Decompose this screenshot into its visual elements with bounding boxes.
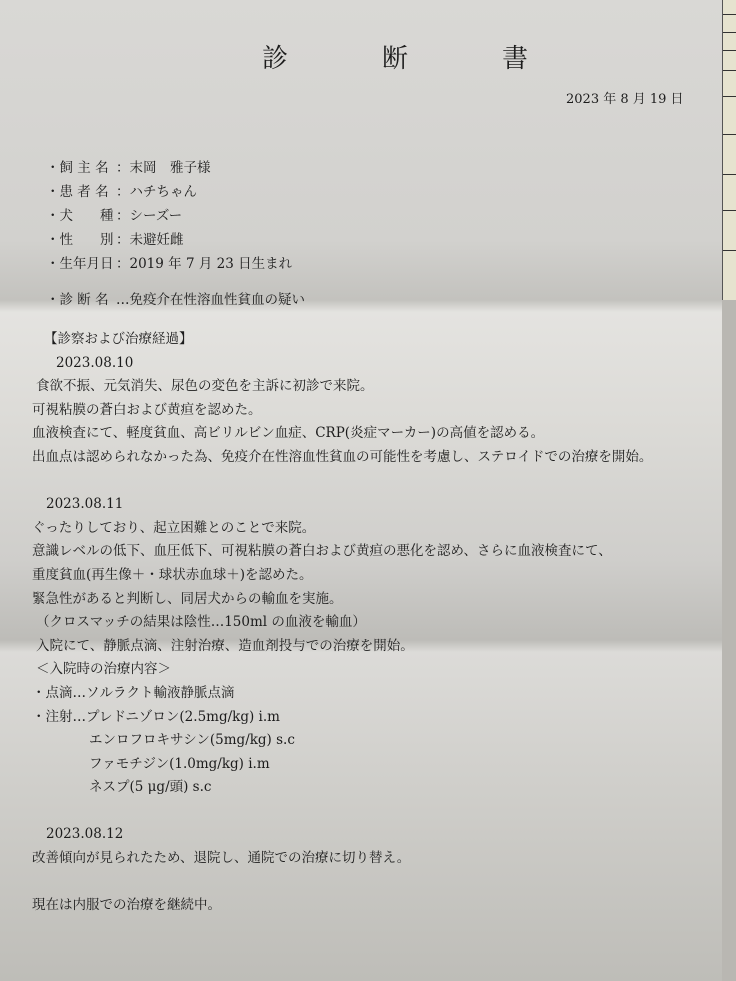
form-rule [723,210,736,211]
info-row-breed: ・犬 種：シーズー [46,204,292,228]
diagnosis-value: …免疫介在性溶血性貧血の疑い [116,292,305,308]
spacer [32,800,652,824]
entry-line: 出血点は認められなかった為、免疫介在性溶血性貧血の可能性を考慮し、ステロイドでの… [32,446,652,470]
closing-line: 現在は内服での治療を継続中。 [32,894,652,918]
info-row-owner: ・飼 主 名：末岡 雅子様 [46,156,292,180]
entry-line: （クロスマッチの結果は陰性…150ml の血液を輸血） [32,611,652,635]
info-label: ・生年月日 [46,252,116,276]
injection-item: エンロフロキサシン(5mg/kg) s.c [32,729,652,753]
entry-line: 食欲不振、元気消失、尿色の変色を主訴に初診で来院。 [32,375,652,399]
form-rule [723,174,736,175]
info-label: ・飼 主 名 [46,156,116,180]
form-rule [723,50,736,51]
form-rule [723,32,736,33]
drip-line: ・点滴…ソルラクト輸液静脈点滴 [32,682,652,706]
entry-line: 血液検査にて、軽度貧血、高ビリルビン血症、CRP(炎症マーカー)の高値を認める。 [32,422,652,446]
treatment-heading: ＜入院時の治療内容＞ [32,658,652,682]
info-value: ：ハチちゃん [116,184,197,200]
entry-line: 意識レベルの低下、血圧低下、可視粘膜の蒼白および黄疸の悪化を認め、さらに血液検査… [32,540,652,564]
entry-line: 可視粘膜の蒼白および黄疸を認めた。 [32,399,652,423]
form-rule [723,70,736,71]
entry-line: 緊急性があると判断し、同居犬からの輸血を実施。 [32,588,652,612]
issue-date: 2023 年 8 月 19 日 [566,88,684,107]
info-row-sex: ・性 別：未避妊雌 [46,228,292,252]
entry-line: 改善傾向が見られたため、退院し、通院での治療に切り替え。 [32,847,652,871]
diagnosis-label: ・診 断 名 [46,288,116,308]
document-title: 診 断 書 [262,38,562,75]
spacer [32,871,652,895]
injection-item: プレドニゾロン(2.5mg/kg) i.m [86,709,280,725]
info-row-birthdate: ・生年月日：2019 年 7 月 23 日生まれ [46,252,292,276]
info-row-patient: ・患 者 名：ハチちゃん [46,180,292,204]
spacer [32,470,652,494]
entry-date: 2023.08.12 [32,823,652,847]
info-value: ：シーズー [116,208,182,224]
info-label: ・犬 種 [46,204,116,228]
injection-item: ネスプ(5 μg/頭) s.c [32,776,652,800]
injection-label: ・注射… [32,709,86,725]
info-value: ：末岡 雅子様 [116,160,211,176]
clinical-course: 【診察および治療経過】 2023.08.10 食欲不振、元気消失、尿色の変色を主… [32,328,652,918]
form-rule [723,14,736,15]
entry-line: 重度貧血(再生像＋・球状赤血球＋)を認めた。 [32,564,652,588]
form-rule [723,250,736,251]
section-heading: 【診察および治療経過】 [32,328,652,352]
info-label: ・性 別 [46,228,116,252]
info-label: ・患 者 名 [46,180,116,204]
underlying-form-sheet [722,0,736,300]
injection-item: ファモチジン(1.0mg/kg) i.m [32,753,652,777]
form-rule [723,96,736,97]
form-rule [723,134,736,135]
entry-date: 2023.08.10 [32,352,652,376]
info-value: ：未避妊雌 [116,232,184,248]
info-value: ：2019 年 7 月 23 日生まれ [116,256,292,272]
entry-date: 2023.08.11 [32,493,652,517]
injection-line: ・注射…プレドニゾロン(2.5mg/kg) i.m [32,706,652,730]
entry-line: 入院にて、静脈点滴、注射治療、造血剤投与での治療を開始。 [32,635,652,659]
patient-info: ・飼 主 名：末岡 雅子様 ・患 者 名：ハチちゃん ・犬 種：シーズー ・性 … [46,156,292,276]
diagnosis: ・診 断 名…免疫介在性溶血性貧血の疑い [46,288,305,308]
entry-line: ぐったりしており、起立困難とのことで来院。 [32,517,652,541]
